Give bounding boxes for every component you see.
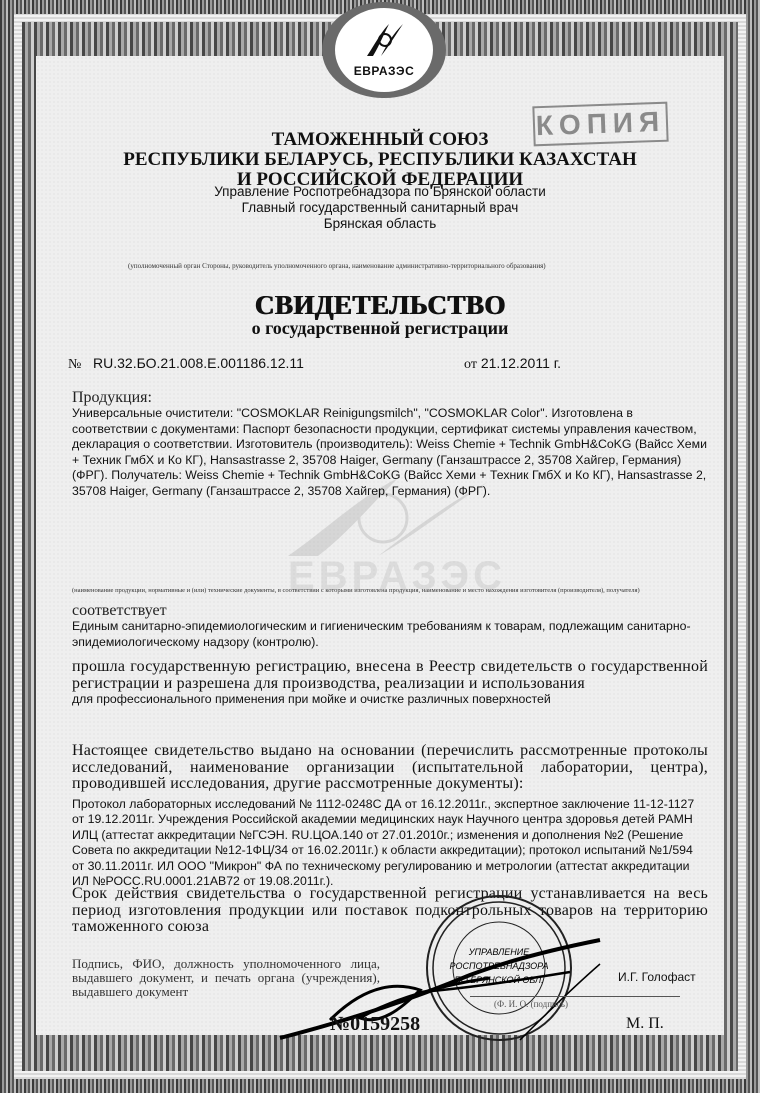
document-subtitle: о государственной регистрации [60, 318, 700, 339]
union-line-1: ТАМОЖЕННЫЙ СОЮЗ [60, 130, 700, 150]
fio-line [470, 996, 680, 997]
product-text: Универсальные очистители: "COSMOKLAR Rei… [72, 406, 708, 499]
document-title: СВИДЕТЕЛЬСТВО [60, 290, 700, 321]
signer-name: И.Г. Голофаст [618, 970, 696, 984]
fio-note: (Ф. И. О. (подпись) [494, 999, 568, 1009]
validity-text: Срок действия свидетельства о государств… [72, 886, 708, 936]
seal-place-label: М. П. [626, 1015, 664, 1033]
registration-date: от 21.12.2011 г. [464, 355, 561, 373]
conformity-label: соответствует [72, 603, 708, 619]
evrazes-emblem: ЕВРАЗЭС [322, 2, 446, 98]
authority-line-2: Главный государственный санитарный врач [60, 200, 700, 216]
registration-number-value: RU.32.БО.21.008.Е.001186.12.11 [93, 355, 304, 371]
product-label: Продукция: [72, 390, 708, 406]
handwritten-signature-icon [270, 930, 610, 1050]
date-label: от [464, 357, 477, 372]
registration-status-section: прошла государственную регистрацию, внес… [72, 659, 708, 708]
authority-heading: Управление Роспотребнадзора по Брянской … [60, 184, 700, 232]
authority-line-3: Брянская область [60, 216, 700, 232]
authority-note: (уполномоченный орган Стороны, руководит… [128, 262, 546, 270]
emblem-label: ЕВРАЗЭС [335, 64, 433, 78]
conformity-text: Единым санитарно-эпидемиологическим и ги… [72, 619, 708, 650]
authority-line-1: Управление Роспотребнадзора по Брянской … [60, 184, 700, 200]
registration-number: № RU.32.БО.21.008.Е.001186.12.11 [68, 355, 304, 373]
basis-section: Настоящее свидетельство выдано на основа… [72, 743, 708, 890]
registration-date-value: 21.12.2011 г. [481, 355, 561, 371]
basis-label: Настоящее свидетельство выдано на основа… [72, 743, 708, 793]
globe-swoosh-icon [365, 22, 405, 58]
union-heading: ТАМОЖЕННЫЙ СОЮЗ РЕСПУБЛИКИ БЕЛАРУСЬ, РЕС… [60, 130, 700, 190]
basis-text: Протокол лабораторных исследований № 111… [72, 797, 708, 890]
registration-status-text: прошла государственную регистрацию, внес… [72, 659, 708, 692]
validity-section: Срок действия свидетельства о государств… [72, 886, 708, 936]
product-note: (наименование продукции, нормативные и (… [72, 587, 640, 594]
form-serial-number: №0159258 [330, 1013, 420, 1036]
union-line-2: РЕСПУБЛИКИ БЕЛАРУСЬ, РЕСПУБЛИКИ КАЗАХСТА… [60, 150, 700, 170]
usage-text: для профессионального применения при мой… [72, 692, 708, 708]
product-section: Продукция: Универсальные очистители: "CO… [72, 390, 708, 499]
number-sign: № [68, 357, 81, 372]
conformity-section: соответствует Единым санитарно-эпидемиол… [72, 603, 708, 650]
